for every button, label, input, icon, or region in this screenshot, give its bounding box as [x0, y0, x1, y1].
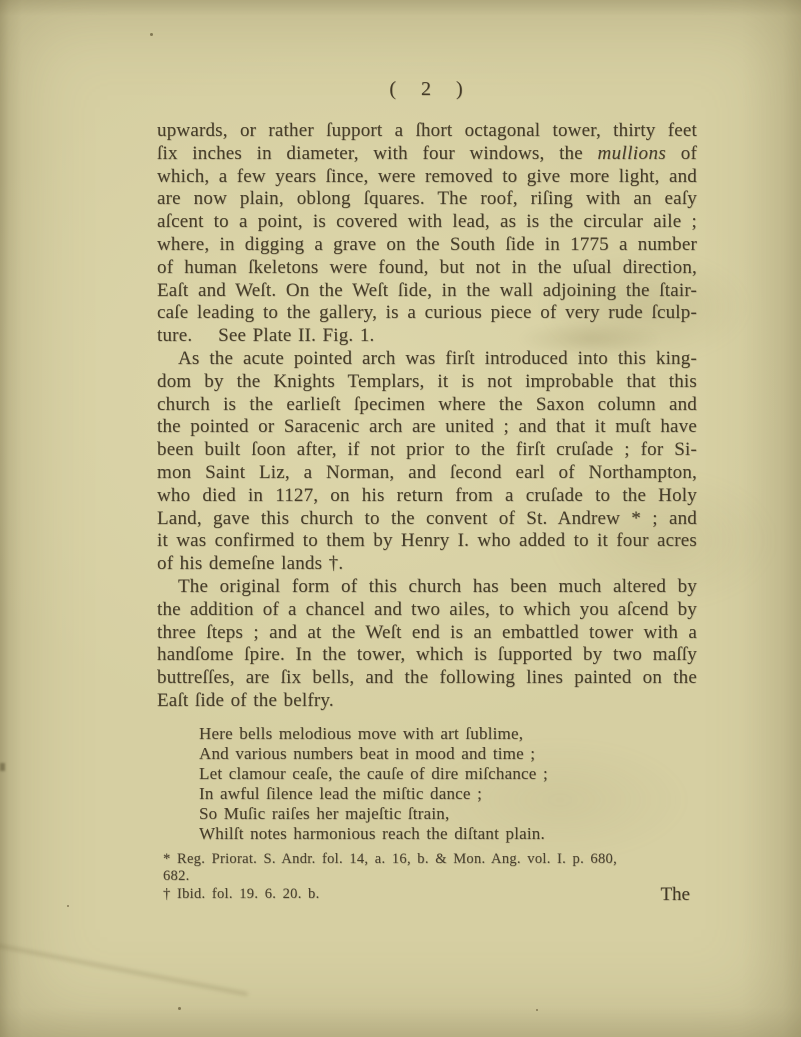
- catchword: The: [157, 884, 690, 906]
- text-line: Eaſt ſide of the belfry.: [157, 690, 697, 713]
- text-line: who died in 1127, on his return from a c…: [157, 485, 697, 508]
- paper-speck: [178, 1007, 181, 1010]
- text-line: the pointed or Saracenic arch are united…: [157, 416, 697, 439]
- text-line: are now plain, oblong ſquares. The roof,…: [157, 188, 697, 211]
- verse-block: Here bells melodious move with art ſubli…: [199, 724, 619, 844]
- paper-speck: [150, 33, 153, 36]
- text-line: Eaſt and Weſt. On the Weſt ſide, in the …: [157, 280, 697, 303]
- verse-line: Whilſt notes harmonious reach the diſtan…: [199, 824, 619, 844]
- text-line: dom by the Knights Templars, it is not i…: [157, 371, 697, 394]
- text-line: where, in digging a grave on the South ſ…: [157, 234, 697, 257]
- text-line: three ſteps ; and at the Weſt end is an …: [157, 622, 697, 645]
- text-line: handſome ſpire. In the tower, which is ſ…: [157, 644, 697, 667]
- text-line: buttreſſes, are ſix bells, and the follo…: [157, 667, 697, 690]
- text-line: mon Saint Liz, a Norman, and ſecond earl…: [157, 462, 697, 485]
- text-line: which, a few years ſince, were removed t…: [157, 166, 697, 189]
- page-number-header: ( 2 ): [157, 78, 697, 101]
- page-crease: [0, 939, 248, 995]
- text-line: the addition of a chancel and two ailes,…: [157, 599, 697, 622]
- text-line: of his demeſne lands †.: [157, 553, 697, 576]
- verse-line: So Muſic raiſes her majeſtic ſtrain,: [199, 804, 619, 824]
- body-text: upwards, or rather ſupport a ſhort octag…: [157, 120, 697, 713]
- verse-line: In awful ſilence lead the miſtic dance ;: [199, 784, 619, 804]
- text-line: aſcent to a point, is covered with lead,…: [157, 211, 697, 234]
- edge-mark: [0, 763, 5, 771]
- text-line: As the acute pointed arch was firſt intr…: [157, 348, 697, 371]
- verse-line: And various numbers beat in mood and tim…: [199, 744, 619, 764]
- verse-line: Let clamour ceaſe, the cauſe of dire miſ…: [199, 764, 619, 784]
- book-page-scan: ( 2 ) upwards, or rather ſupport a ſhort…: [0, 0, 801, 1037]
- text-line: ſix inches in diameter, with four window…: [157, 143, 697, 166]
- text-line: it was confirmed to them by Henry I. who…: [157, 530, 697, 553]
- text-line: Land, gave this church to the convent of…: [157, 508, 697, 531]
- text-segment: ſix inches in diameter, with four window…: [157, 143, 598, 164]
- text-line: upwards, or rather ſupport a ſhort octag…: [157, 120, 697, 143]
- paper-speck: [536, 1009, 538, 1011]
- footnote-line: * Reg. Priorat. S. Andr. fol. 14, a. 16,…: [163, 851, 643, 886]
- text-line: church is the earlieſt ſpecimen where th…: [157, 394, 697, 417]
- text-line: caſe leading to the gallery, is a curiou…: [157, 302, 697, 325]
- text-segment: of: [666, 143, 697, 164]
- text-line: been built ſoon after, if not prior to t…: [157, 439, 697, 462]
- text-line: of human ſkeletons were found, but not i…: [157, 257, 697, 280]
- text-line: The original form of this church has bee…: [157, 576, 697, 599]
- verse-line: Here bells melodious move with art ſubli…: [199, 724, 619, 744]
- italic-word: mullions: [598, 143, 667, 164]
- text-line: ture. See Plate II. Fig. 1.: [157, 325, 697, 348]
- paper-speck: [67, 905, 69, 907]
